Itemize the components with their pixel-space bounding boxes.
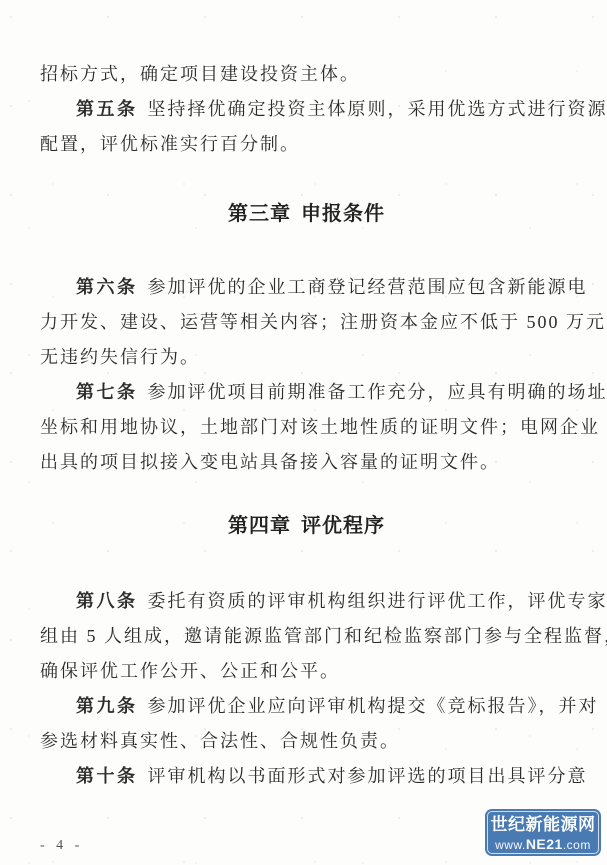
watermark-site-name: 世纪新能源网 <box>485 814 601 836</box>
body-line-text: 参加评优项目前期准备工作充分，应具有明确的场址 <box>148 382 607 402</box>
body-line-text: 配置，评优标准实行百分制。 <box>40 134 300 154</box>
body-line: 第十条评审机构以书面形式对参加评选的项目出具评分意 <box>40 759 573 794</box>
body-line-text: 确保评优工作公开、公正和公平。 <box>40 661 340 681</box>
body-line: 确保评优工作公开、公正和公平。 <box>40 654 573 689</box>
body-line-text: 委托有资质的评审机构组织进行评优工作，评优专家 <box>148 591 607 611</box>
body-line: 第六条参加评优的企业工商登记经营范围应包含新能源电 <box>40 270 573 305</box>
body-line: 无违约失信行为。 <box>40 340 573 375</box>
chapter-title: 申报条件 <box>301 203 385 225</box>
watermark-site-url: www.NE21.com <box>485 836 601 853</box>
body-line-text: 参加评优的企业工商登记经营范围应包含新能源电 <box>148 277 588 297</box>
url-suffix: .com <box>563 838 591 852</box>
body-line: 第五条坚持择优确定投资主体原则，采用优选方式进行资源 <box>40 92 573 127</box>
chapter-number: 第四章 <box>228 515 291 537</box>
chapter-heading: 第四章评优程序 <box>40 509 573 544</box>
body-line-text: 力开发、建设、运营等相关内容；注册资本金应不低于 500 万元； <box>40 312 607 332</box>
chapter-number: 第三章 <box>228 203 291 225</box>
body-line: 坐标和用地协议，土地部门对该土地性质的证明文件；电网企业 <box>40 410 573 445</box>
article-number: 第十条 <box>76 766 138 786</box>
body-line: 出具的项目拟接入变电站具备接入容量的证明文件。 <box>40 445 573 480</box>
body-line: 招标方式，确定项目建设投资主体。 <box>40 57 573 92</box>
body-line: 力开发、建设、运营等相关内容；注册资本金应不低于 500 万元； <box>40 305 573 340</box>
body-line-text: 坐标和用地协议，土地部门对该土地性质的证明文件；电网企业 <box>40 417 600 437</box>
article-number: 第五条 <box>76 99 138 119</box>
chapter-heading: 第三章申报条件 <box>40 197 573 232</box>
body-line-text: 参选材料真实性、合法性、合规性负责。 <box>40 731 400 751</box>
body-line: 第七条参加评优项目前期准备工作充分，应具有明确的场址 <box>40 375 573 410</box>
scanned-document-page: 招标方式，确定项目建设投资主体。 第五条坚持择优确定投资主体原则，采用优选方式进… <box>0 0 607 865</box>
page-number: - 4 - <box>40 838 83 854</box>
article-number: 第六条 <box>76 277 138 297</box>
body-line: 第八条委托有资质的评审机构组织进行评优工作，评优专家 <box>40 584 573 619</box>
body-line-text: 坚持择优确定投资主体原则，采用优选方式进行资源 <box>148 99 607 119</box>
body-line-text: 招标方式，确定项目建设投资主体。 <box>40 64 360 84</box>
url-brand: NE21 <box>526 836 563 852</box>
body-line-text: 出具的项目拟接入变电站具备接入容量的证明文件。 <box>40 452 500 472</box>
url-prefix: www. <box>495 838 526 852</box>
body-line: 组由 5 人组成，邀请能源监管部门和纪检监察部门参与全程监督， <box>40 619 573 654</box>
body-line-text: 评审机构以书面形式对参加评选的项目出具评分意 <box>148 766 588 786</box>
watermark-logo: 世纪新能源网 www.NE21.com <box>485 809 601 856</box>
body-line-text: 组由 5 人组成，邀请能源监管部门和纪检监察部门参与全程监督， <box>40 626 607 646</box>
body-line: 配置，评优标准实行百分制。 <box>40 127 573 162</box>
article-number: 第九条 <box>76 696 138 716</box>
article-number: 第八条 <box>76 591 138 611</box>
article-number: 第七条 <box>76 382 138 402</box>
document-body: 招标方式，确定项目建设投资主体。 第五条坚持择优确定投资主体原则，采用优选方式进… <box>0 0 607 794</box>
body-line-text: 参加评优企业应向评审机构提交《竞标报告》，并对 <box>148 696 599 716</box>
chapter-title: 评优程序 <box>301 515 385 537</box>
body-line-text: 无违约失信行为。 <box>40 347 200 367</box>
body-line: 参选材料真实性、合法性、合规性负责。 <box>40 724 573 759</box>
body-line: 第九条参加评优企业应向评审机构提交《竞标报告》，并对 <box>40 689 573 724</box>
